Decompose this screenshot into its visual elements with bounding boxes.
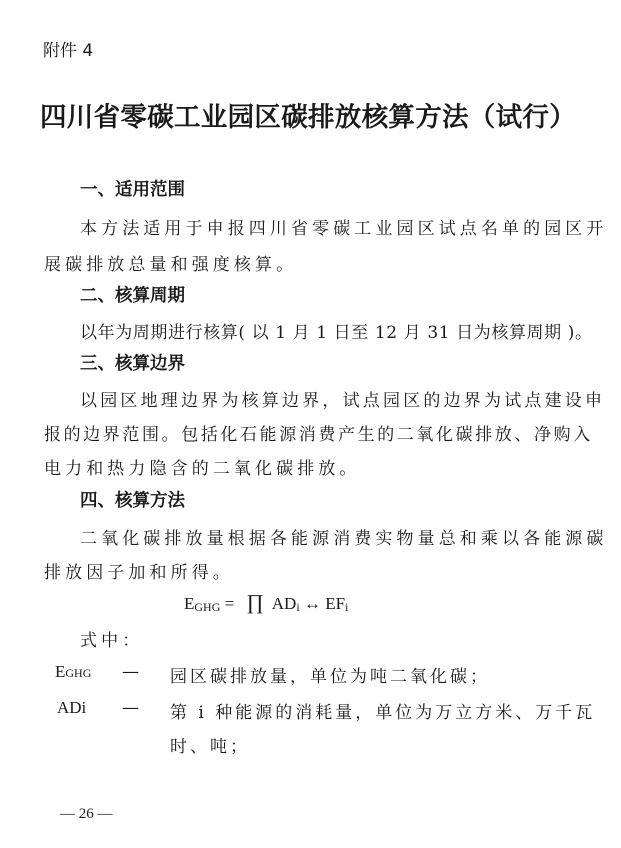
- paragraph-line: 报的边界范围。包括化石能源消费产生的二氧化碳排放、净购入: [44, 420, 593, 445]
- emission-formula: EGHG = ∏ADi ↔ EFi: [184, 590, 348, 615]
- where-label: 式中：: [80, 626, 143, 651]
- paragraph-line: 二氧化碳排放量根据各能源消费实物量总和乘以各能源碳: [80, 524, 608, 549]
- definition-dash: —: [122, 698, 139, 718]
- section-heading-scope: 一、适用范围: [80, 176, 185, 201]
- definition-text: 园区碳排放量，单位为吨二氧化碳；: [170, 662, 490, 687]
- definition-text: 第 i 种能源的消耗量，单位为万立方米、万千瓦: [170, 698, 595, 723]
- paragraph-line: 以园区地理边界为核算边界，试点园区的边界为试点建设申: [80, 386, 605, 411]
- definition-dash: —: [122, 662, 139, 682]
- definition-symbol: EGHG: [55, 662, 91, 682]
- product-operator: ∏: [246, 590, 263, 614]
- paragraph-line: 电力和热力隐含的二氧化碳排放。: [44, 454, 361, 479]
- attachment-label: 附件 4: [43, 36, 93, 61]
- document-title: 四川省零碳工业园区碳排放核算方法（试行）: [40, 95, 576, 134]
- paragraph-line: 以年为周期进行核算( 以 1 月 1 日至 12 月 31 日为核算周期 )。: [80, 318, 593, 343]
- section-heading-method: 四、核算方法: [80, 487, 185, 512]
- section-heading-boundary: 三、核算边界: [80, 350, 185, 375]
- definition-symbol: ADi: [57, 698, 86, 718]
- paragraph-line: 排放因子加和所得。: [44, 558, 234, 583]
- section-heading-period: 二、核算周期: [80, 282, 185, 307]
- page-number: — 26 —: [60, 806, 113, 823]
- arrow-icon: ↔: [300, 594, 326, 613]
- paragraph-line: 展碳排放总量和强度核算。: [44, 250, 297, 275]
- paragraph-line: 本方法适用于申报四川省零碳工业园区试点名单的园区开: [80, 214, 608, 239]
- definition-text-continued: 时、吨；: [170, 732, 250, 757]
